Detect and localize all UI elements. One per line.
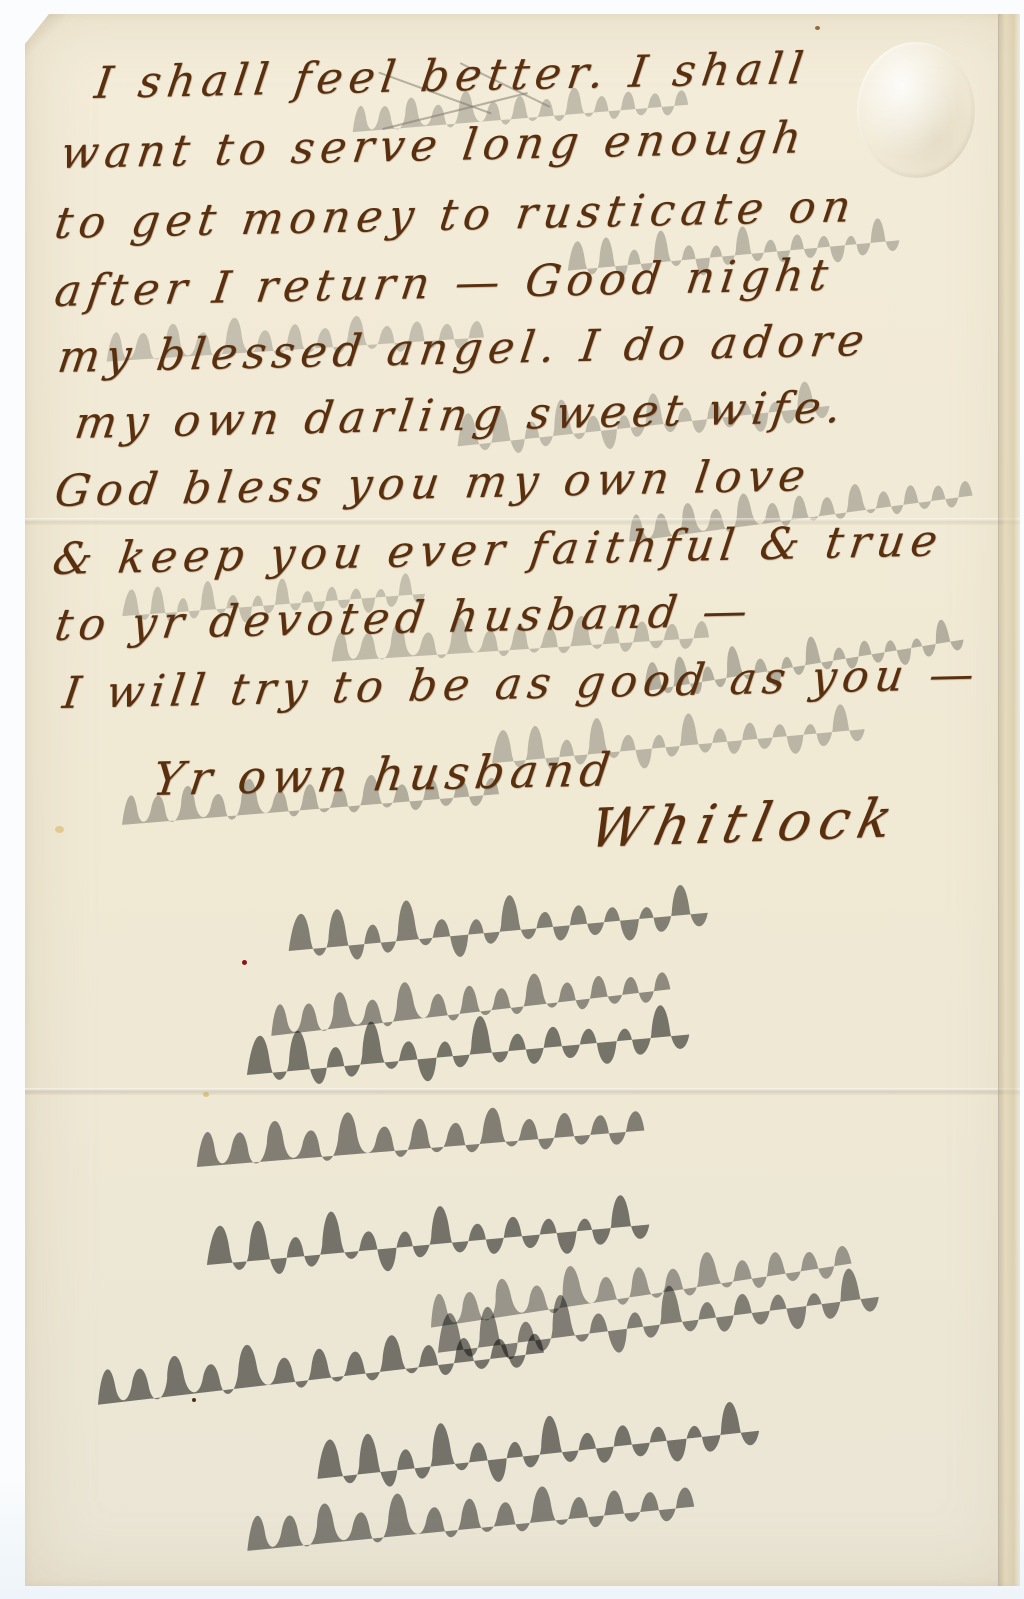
letter-line: to get money to rusticate on [52, 185, 859, 246]
letter-closing: Yr own husband [150, 746, 619, 802]
bleedthrough-scribble [396, 1211, 883, 1359]
right-fold-edge [998, 14, 1020, 1586]
letter-line: after I return — Good night [52, 254, 836, 314]
dark-speck [192, 1398, 196, 1402]
red-ink-speck [242, 960, 247, 965]
yellow-stain-speck [203, 1092, 209, 1097]
bleedthrough-scribble [57, 1298, 583, 1438]
letter-signature: Whitlock [585, 791, 905, 856]
letter-line: I shall feel better. I shall [92, 47, 812, 106]
letter-line: my own darling sweet wife. [72, 386, 850, 446]
letter-line: to yr devoted husband — [52, 589, 756, 648]
bleedthrough-scribble [178, 858, 823, 992]
bleedthrough-scribble [217, 1372, 863, 1522]
letter-line: my blessed angel. I do adore [55, 319, 873, 380]
bleedthrough-scribble [377, 1241, 944, 1394]
letter-paper: I shall feel better. I shall want to ser… [25, 14, 1020, 1586]
letter-line: God bless you my own love [52, 454, 814, 514]
letter-line: & keep you ever faithful & true [50, 519, 946, 582]
bleedthrough-scribble [58, 972, 883, 1124]
brown-speck [815, 26, 820, 30]
letter-line: I will try to be as good as you — [60, 653, 983, 716]
folded-corner-shade [25, 14, 65, 58]
bleedthrough-scribble [257, 942, 683, 1063]
fold-crease-lower [25, 1088, 1020, 1095]
embossed-paper-seal [857, 42, 975, 178]
yellow-stain-speck [55, 826, 64, 833]
bleedthrough-scribble [78, 1166, 783, 1310]
letter-line: want to serve long enough [58, 116, 810, 176]
bleedthrough-scribble [118, 1446, 823, 1590]
